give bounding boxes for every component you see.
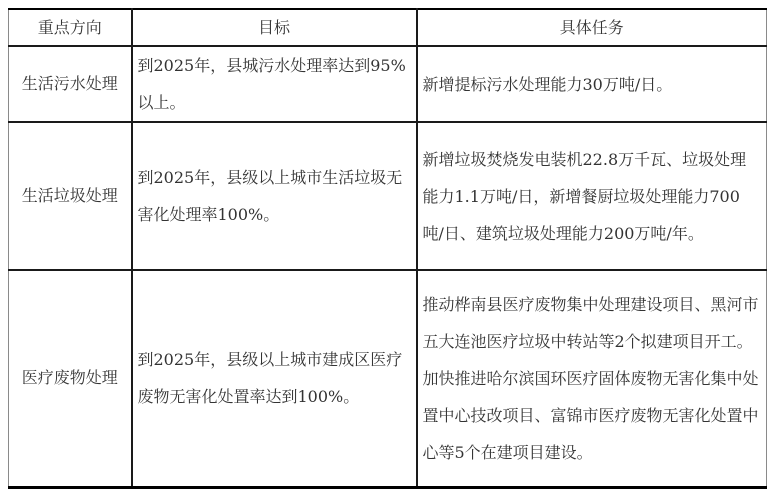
- table-row-garbage: 生活垃圾处理 到2025年，县级以上城市生活垃圾无害化处理率100%。 新增垃圾…: [9, 122, 767, 270]
- cell-goal-sewage: 到2025年，县城污水处理率达到95%以上。: [132, 46, 417, 122]
- cell-direction-garbage: 生活垃圾处理: [9, 122, 132, 270]
- cell-goal-garbage: 到2025年，县级以上城市生活垃圾无害化处理率100%。: [132, 122, 417, 270]
- document-page: 重点方向 目标 具体任务 生活污水处理 到2025年，县城污水处理率达到95%以…: [0, 0, 774, 492]
- table-row-medical-waste: 医疗废物处理 到2025年，县级以上城市建成区医疗废物无害化处置率达到100%。…: [9, 270, 767, 487]
- table-row-sewage: 生活污水处理 到2025年，县城污水处理率达到95%以上。 新增提标污水处理能力…: [9, 46, 767, 122]
- cell-tasks-sewage: 新增提标污水处理能力30万吨/日。: [417, 46, 767, 122]
- cell-goal-medical-waste: 到2025年，县级以上城市建成区医疗废物无害化处置率达到100%。: [132, 270, 417, 487]
- header-cell-tasks: 具体任务: [417, 9, 767, 46]
- header-cell-direction: 重点方向: [9, 9, 132, 46]
- cell-direction-medical-waste: 医疗废物处理: [9, 270, 132, 487]
- cell-tasks-garbage: 新增垃圾焚烧发电装机22.8万千瓦、垃圾处理能力1.1万吨/日，新增餐厨垃圾处理…: [417, 122, 767, 270]
- key-tasks-table: 重点方向 目标 具体任务 生活污水处理 到2025年，县城污水处理率达到95%以…: [8, 8, 767, 489]
- cell-direction-sewage: 生活污水处理: [9, 46, 132, 122]
- header-row: 重点方向 目标 具体任务: [9, 9, 767, 46]
- cell-tasks-medical-waste: 推动桦南县医疗废物集中处理建设项目、黑河市五大连池医疗垃圾中转站等2个拟建项目开…: [417, 270, 767, 487]
- header-cell-goal: 目标: [132, 9, 417, 46]
